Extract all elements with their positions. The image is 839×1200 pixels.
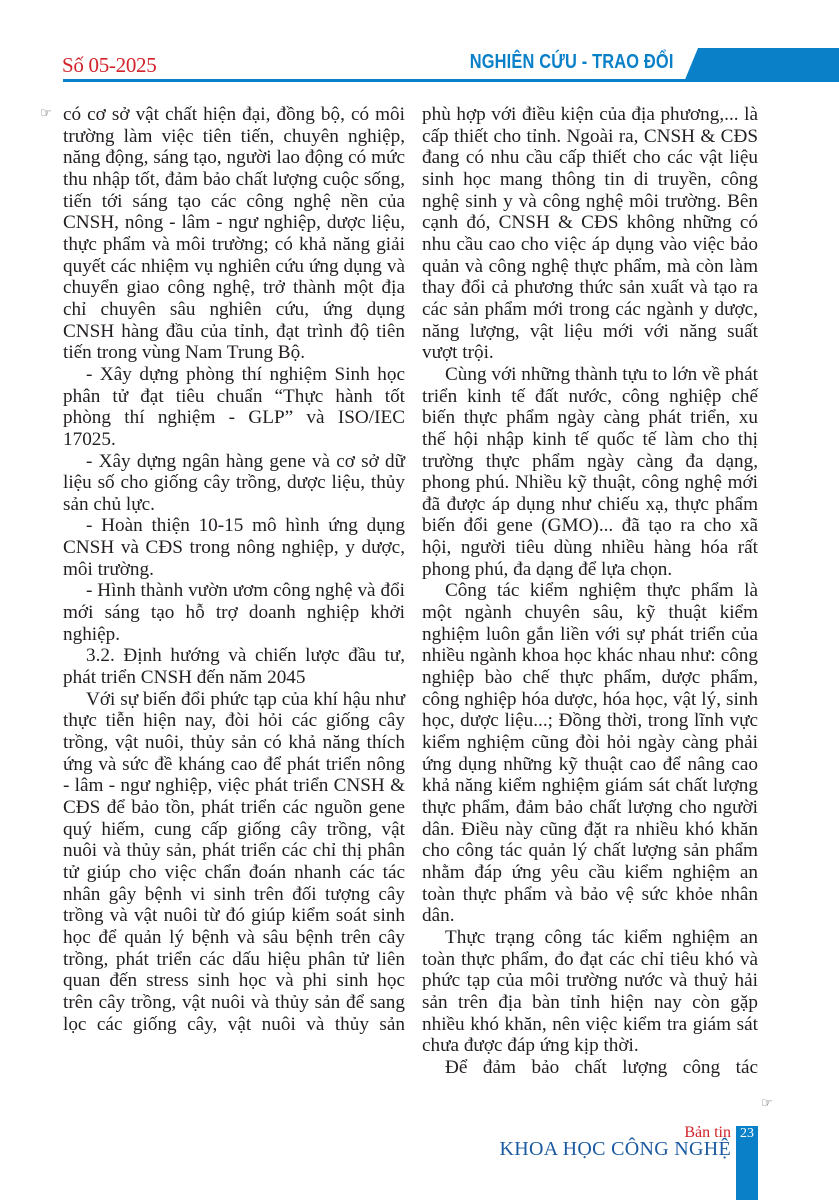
issue-number: Số 05-2025 [62,53,156,78]
right-column: phù hợp với điều kiện của địa phương,...… [422,104,758,1079]
left-column: có cơ sở vật chất hiện đại, đồng bộ, có … [63,104,405,1035]
section-title: NGHIÊN CỨU - TRAO ĐỔI [470,51,674,74]
publication-title: KHOA HỌC CÔNG NGHỆ [499,1138,731,1161]
paragraph: Cùng với những thành tựu to lớn về phát … [422,364,758,581]
paragraph: có cơ sở vật chất hiện đại, đồng bộ, có … [63,104,405,364]
paragraph: - Hình thành vườn ươm công nghệ và đổi m… [63,580,405,645]
paragraph: Với sự biến đổi phức tạp của khí hậu như… [63,689,405,1036]
paragraph: - Xây dựng ngân hàng gene và cơ sở dữ li… [63,451,405,516]
paragraph: Để đảm bảo chất lượng công tác [422,1057,758,1079]
header-accent-band [684,48,839,82]
paragraph: Công tác kiểm nghiệm thực phẩm là một ng… [422,580,758,927]
section-heading: 3.2. Định hướng và chiến lược đầu tư, ph… [63,645,405,688]
page-number: 23 [736,1126,758,1142]
paragraph: Thực trạng công tác kiểm nghiệm an toàn … [422,927,758,1057]
paragraph: - Xây dựng phòng thí nghiệm Sinh học phâ… [63,364,405,451]
paragraph: phù hợp với điều kiện của địa phương,...… [422,104,758,364]
paragraph: - Hoàn thiện 10-15 mô hình ứng dụng CNSH… [63,515,405,580]
header-rule [63,79,839,82]
pointing-hand-icon: ☞ [761,1096,773,1111]
pointing-hand-icon: ☞ [40,106,52,121]
